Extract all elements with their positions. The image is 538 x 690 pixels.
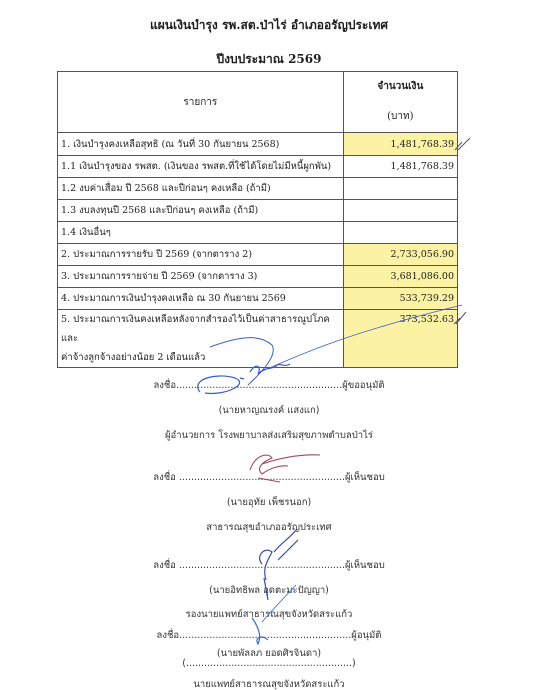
document-title: แผนเงินบำรุง รพ.สต.ป่าไร่ อำเภออรัญประเท… <box>0 16 538 35</box>
signer-position: รองนายแพทย์สาธารณสุขจังหวัดสระแก้ว <box>0 607 538 622</box>
row-amount <box>343 200 457 222</box>
row-label: 5. ประมาณการเงินคงเหลือหลังจากสำรองไว้เป… <box>58 310 344 368</box>
signer-position: นายแพทย์สาธารณสุขจังหวัดสระแก้ว <box>0 677 538 690</box>
table-row: 1.4 เงินอื่นๆ <box>58 222 458 244</box>
table-row: 1. เงินบำรุงคงเหลือสุทธิ (ณ วันที่ 30 กั… <box>58 133 458 156</box>
signature-block-3: ลงชื่อ .................................… <box>0 558 538 622</box>
signer-name-wrap: (นายพัลลภ ยอดศิรจินดา) (................… <box>0 646 538 669</box>
header-amount-label: จำนวนเงิน <box>347 72 454 102</box>
table-row: 4. ประมาณการเงินบำรุงคงเหลือ ณ 30 กันยาย… <box>58 288 458 310</box>
row-label: 1.4 เงินอื่นๆ <box>58 222 344 244</box>
sign-line: ลงชื่อ..................................… <box>0 378 538 393</box>
row-label-line1: 5. ประมาณการเงินคงเหลือหลังจากสำรองไว้เป… <box>61 310 340 348</box>
row-label: 4. ประมาณการเงินบำรุงคงเหลือ ณ 30 กันยาย… <box>58 288 344 310</box>
signer-name: (นายอิทธิพล อุดตะมะปัญญา) <box>0 583 538 598</box>
row-amount: 3,681,086.00 <box>343 266 457 288</box>
row-amount: 373,532.63 <box>343 310 457 368</box>
signer-name-bracket: (.......................................… <box>0 658 538 669</box>
table-header-row: รายการ จำนวนเงิน (บาท) <box>58 72 458 133</box>
row-amount <box>343 178 457 200</box>
signer-name: (นายหาญณรงค์ แสงแก) <box>0 403 538 418</box>
row-label: 3. ประมาณการรายจ่าย ปี 2569 (จากตาราง 3) <box>58 266 344 288</box>
signer-name: (นายอุทัย เพ็ชรนอก) <box>0 495 538 510</box>
table-row: 1.1 เงินบำรุงของ รพสต. (เงินของ รพสต.ที่… <box>58 156 458 178</box>
row-label: 1.3 งบลงทุนปี 2568 และปีก่อนๆ คงเหลือ (ถ… <box>58 200 344 222</box>
table-row: 1.2 งบค่าเสื่อม ปี 2568 และปีก่อนๆ คงเหล… <box>58 178 458 200</box>
table-row: 2. ประมาณการรายรับ ปี 2569 (จากตาราง 2) … <box>58 244 458 266</box>
table-row: 3. ประมาณการรายจ่าย ปี 2569 (จากตาราง 3)… <box>58 266 458 288</box>
table-row: 5. ประมาณการเงินคงเหลือหลังจากสำรองไว้เป… <box>58 310 458 368</box>
signer-position: สาธารณสุขอำเภออรัญประเทศ <box>0 520 538 535</box>
header-amount: จำนวนเงิน (บาท) <box>343 72 457 133</box>
row-label: 1.1 เงินบำรุงของ รพสต. (เงินของ รพสต.ที่… <box>58 156 344 178</box>
sign-line: ลงชื่อ .................................… <box>0 558 538 573</box>
row-amount: 2,733,056.90 <box>343 244 457 266</box>
row-amount <box>343 222 457 244</box>
row-label: 1. เงินบำรุงคงเหลือสุทธิ (ณ วันที่ 30 กั… <box>58 133 344 156</box>
row-label-line2: ค่าจ้างลูกจ้างอย่างน้อย 2 เดือนแล้ว <box>61 348 340 367</box>
header-amount-unit: (บาท) <box>347 102 454 132</box>
row-label: 2. ประมาณการรายรับ ปี 2569 (จากตาราง 2) <box>58 244 344 266</box>
row-amount: 1,481,768.39 <box>343 133 457 156</box>
row-label: 1.2 งบค่าเสื่อม ปี 2568 และปีก่อนๆ คงเหล… <box>58 178 344 200</box>
budget-plan-table: รายการ จำนวนเงิน (บาท) 1. เงินบำรุงคงเหล… <box>57 71 458 368</box>
signature-block-4: ลงชื่อ..................................… <box>0 628 538 690</box>
sign-line: ลงชื่อ .................................… <box>0 470 538 485</box>
signer-position: ผู้อำนวยการ โรงพยาบาลส่งเสริมสุขภาพตำบลป… <box>0 428 538 443</box>
row-amount: 533,739.29 <box>343 288 457 310</box>
header-item: รายการ <box>58 72 344 133</box>
table-row: 1.3 งบลงทุนปี 2568 และปีก่อนๆ คงเหลือ (ถ… <box>58 200 458 222</box>
sign-line: ลงชื่อ..................................… <box>0 628 538 643</box>
row-amount: 1,481,768.39 <box>343 156 457 178</box>
signature-block-1: ลงชื่อ..................................… <box>0 378 538 443</box>
signature-block-2: ลงชื่อ .................................… <box>0 470 538 535</box>
document-subtitle: ปีงบประมาณ 2569 <box>0 50 538 69</box>
